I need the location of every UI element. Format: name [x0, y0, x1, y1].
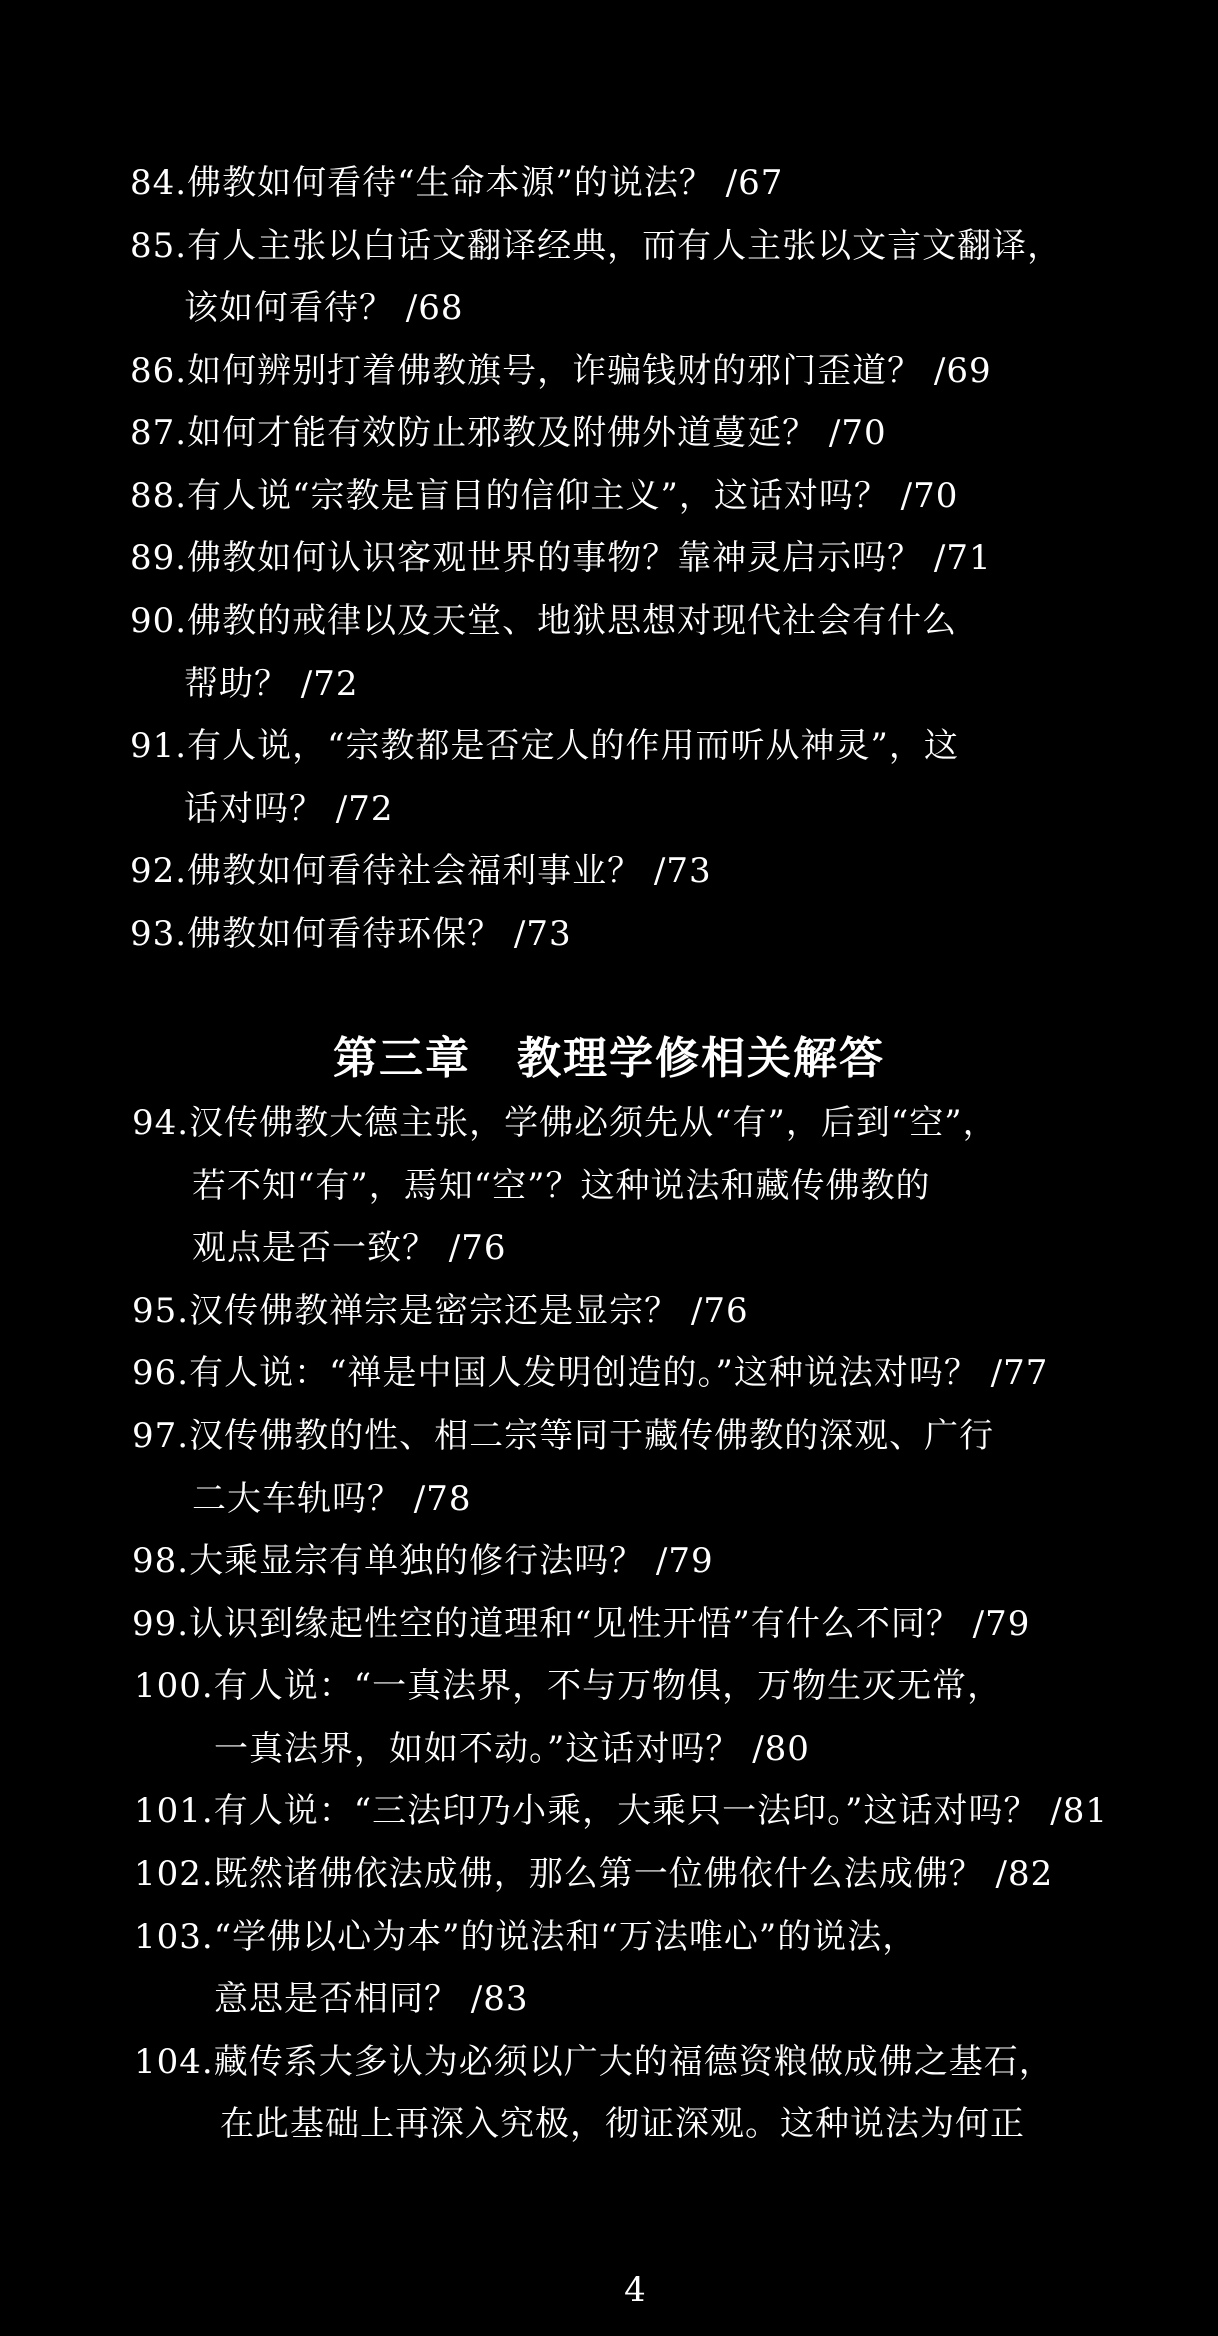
- toc-entry-94-cont2: 观点是否一致？ /76: [192, 1226, 507, 1270]
- toc-entry-90-cont: 帮助？ /72: [184, 662, 359, 706]
- toc-entry-99: 99.认识到缘起性空的道理和“见性开悟”有什么不同？ /79: [132, 1602, 1030, 1646]
- toc-entry-100: 100.有人说：“一真法界，不与万物俱，万物生灭无常，: [134, 1664, 1002, 1708]
- toc-entry-97: 97.汉传佛教的性、相二宗等同于藏传佛教的深观、广行: [132, 1414, 994, 1458]
- toc-entry-92: 92.佛教如何看待社会福利事业？ /73: [130, 849, 712, 893]
- toc-entry-96: 96.有人说：“禅是中国人发明创造的。”这种说法对吗？ /77: [132, 1351, 1048, 1395]
- toc-entry-102: 102.既然诸佛依法成佛，那么第一位佛依什么法成佛？ /82: [134, 1852, 1053, 1896]
- chapter-heading: 第三章 教理学修相关解答: [0, 1031, 1218, 1087]
- toc-entry-85: 85.有人主张以白话文翻译经典，而有人主张以文言文翻译，: [130, 224, 1062, 268]
- toc-entry-89: 89.佛教如何认识客观世界的事物？靠神灵启示吗？ /71: [130, 536, 992, 580]
- toc-entry-98: 98.大乘显宗有单独的修行法吗？ /79: [132, 1539, 714, 1583]
- toc-entry-94-cont1: 若不知“有”，焉知“空”？这种说法和藏传佛教的: [192, 1164, 931, 1208]
- toc-entry-91: 91.有人说，“宗教都是否定人的作用而听从神灵”，这: [130, 724, 959, 768]
- toc-entry-90: 90.佛教的戒律以及天堂、地狱思想对现代社会有什么: [130, 599, 957, 643]
- toc-entry-100-cont: 一真法界，如如不动。”这话对吗？ /80: [214, 1727, 810, 1771]
- page-number: 4: [0, 2270, 1218, 2310]
- toc-entry-104-cont: 在此基础上再深入究极，彻证深观。这种说法为何正: [220, 2102, 1025, 2146]
- toc-entry-93: 93.佛教如何看待环保？ /73: [130, 912, 572, 956]
- toc-entry-88: 88.有人说“宗教是盲目的信仰主义”，这话对吗？ /70: [130, 474, 958, 518]
- toc-entry-84: 84.佛教如何看待“生命本源”的说法？ /67: [130, 161, 783, 205]
- toc-entry-94: 94.汉传佛教大德主张，学佛必须先从“有”，后到“空”，: [132, 1101, 998, 1145]
- toc-entry-104: 104.藏传系大多认为必须以广大的福德资粮做成佛之基石，: [134, 2040, 1054, 2084]
- toc-entry-97-cont: 二大车轨吗？ /78: [192, 1477, 472, 1521]
- toc-entry-85-cont: 该如何看待？ /68: [184, 286, 464, 330]
- toc-entry-91-cont: 话对吗？ /72: [184, 787, 394, 831]
- toc-entry-95: 95.汉传佛教禅宗是密宗还是显宗？ /76: [132, 1289, 749, 1333]
- toc-entry-87: 87.如何才能有效防止邪教及附佛外道蔓延？ /70: [130, 411, 887, 455]
- toc-entry-103-cont: 意思是否相同？ /83: [214, 1977, 529, 2021]
- toc-entry-101: 101.有人说：“三法印乃小乘，大乘只一法印。”这话对吗？ /81: [134, 1789, 1108, 1833]
- toc-entry-103: 103.“学佛以心为本”的说法和“万法唯心”的说法，: [134, 1915, 917, 1959]
- toc-entry-86: 86.如何辨别打着佛教旗号，诈骗钱财的邪门歪道？ /69: [130, 349, 992, 393]
